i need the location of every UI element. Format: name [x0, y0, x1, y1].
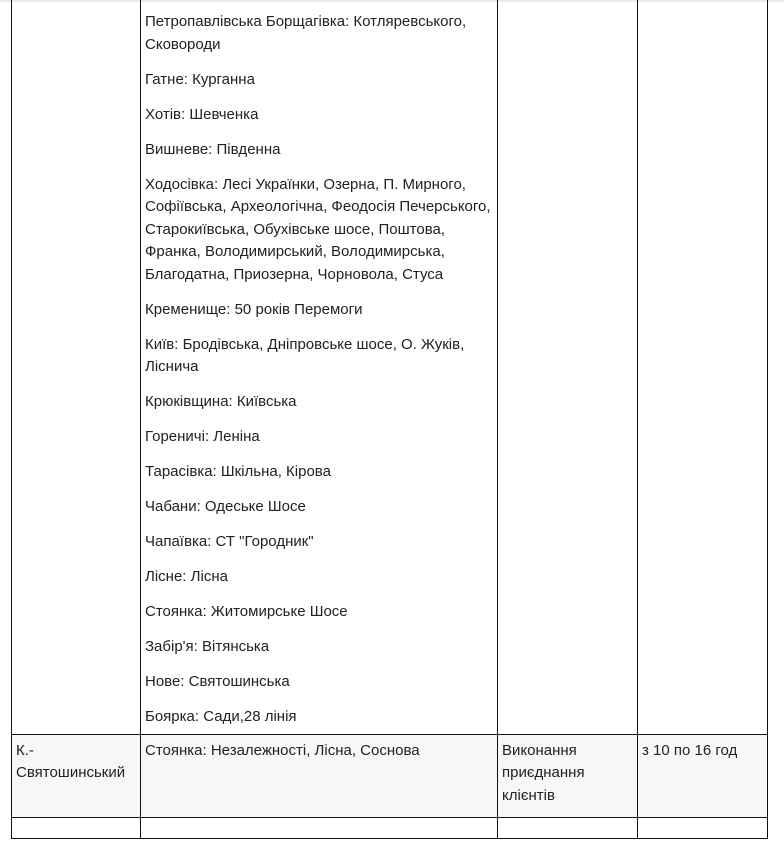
address-item: Хотів: Шевченка	[145, 104, 493, 127]
address-item: Петропавлівська Борщагівка: Котляревсько…	[145, 11, 493, 56]
district-cell	[12, 818, 141, 839]
outage-schedule-table: Петропавлівська Борщагівка: Котляревсько…	[11, 0, 768, 839]
work-type-cell	[498, 0, 638, 734]
address-item: Київ: Бродівська, Дніпровське шосе, О. Ж…	[145, 334, 493, 379]
address-item: Ходосівка: Лесі Українки, Озерна, П. Мир…	[145, 174, 493, 287]
address-item: Тарасівка: Шкільна, Кірова	[145, 461, 493, 484]
table-row: Петропавлівська Борщагівка: Котляревсько…	[12, 0, 768, 734]
address-item: Гатне: Курганна	[145, 69, 493, 92]
address-item: Стоянка: Незалежності, Лісна, Соснова	[145, 740, 493, 763]
table-row	[12, 818, 768, 839]
district-cell	[12, 0, 141, 734]
work-type-cell	[498, 818, 638, 839]
address-item: Чабани: Одеське Шосе	[145, 496, 493, 519]
work-type-cell: Виконання приєднання клієнтів	[498, 734, 638, 818]
district-cell: К.-Святошинський	[12, 734, 141, 818]
address-item: Нове: Святошинська	[145, 671, 493, 694]
table-row: К.-Святошинський Стоянка: Незалежності, …	[12, 734, 768, 818]
time-cell	[638, 818, 768, 839]
address-item: Боярка: Сади,28 лінія	[145, 706, 493, 729]
address-item: Стоянка: Житомирське Шосе	[145, 601, 493, 624]
address-item: Кременище: 50 років Перемоги	[145, 299, 493, 322]
addresses-cell	[141, 818, 498, 839]
address-item: Забір'я: Вітянська	[145, 636, 493, 659]
address-item: Вишневе: Південна	[145, 139, 493, 162]
addresses-cell: Петропавлівська Борщагівка: Котляревсько…	[141, 0, 498, 734]
address-item: Лісне: Лісна	[145, 566, 493, 589]
address-item: Чапаївка: СТ "Городник"	[145, 531, 493, 554]
address-item: Крюківщина: Київська	[145, 391, 493, 414]
addresses-cell: Стоянка: Незалежності, Лісна, Соснова	[141, 734, 498, 818]
time-cell	[638, 0, 768, 734]
time-cell: з 10 по 16 год	[638, 734, 768, 818]
address-item: Гореничі: Леніна	[145, 426, 493, 449]
